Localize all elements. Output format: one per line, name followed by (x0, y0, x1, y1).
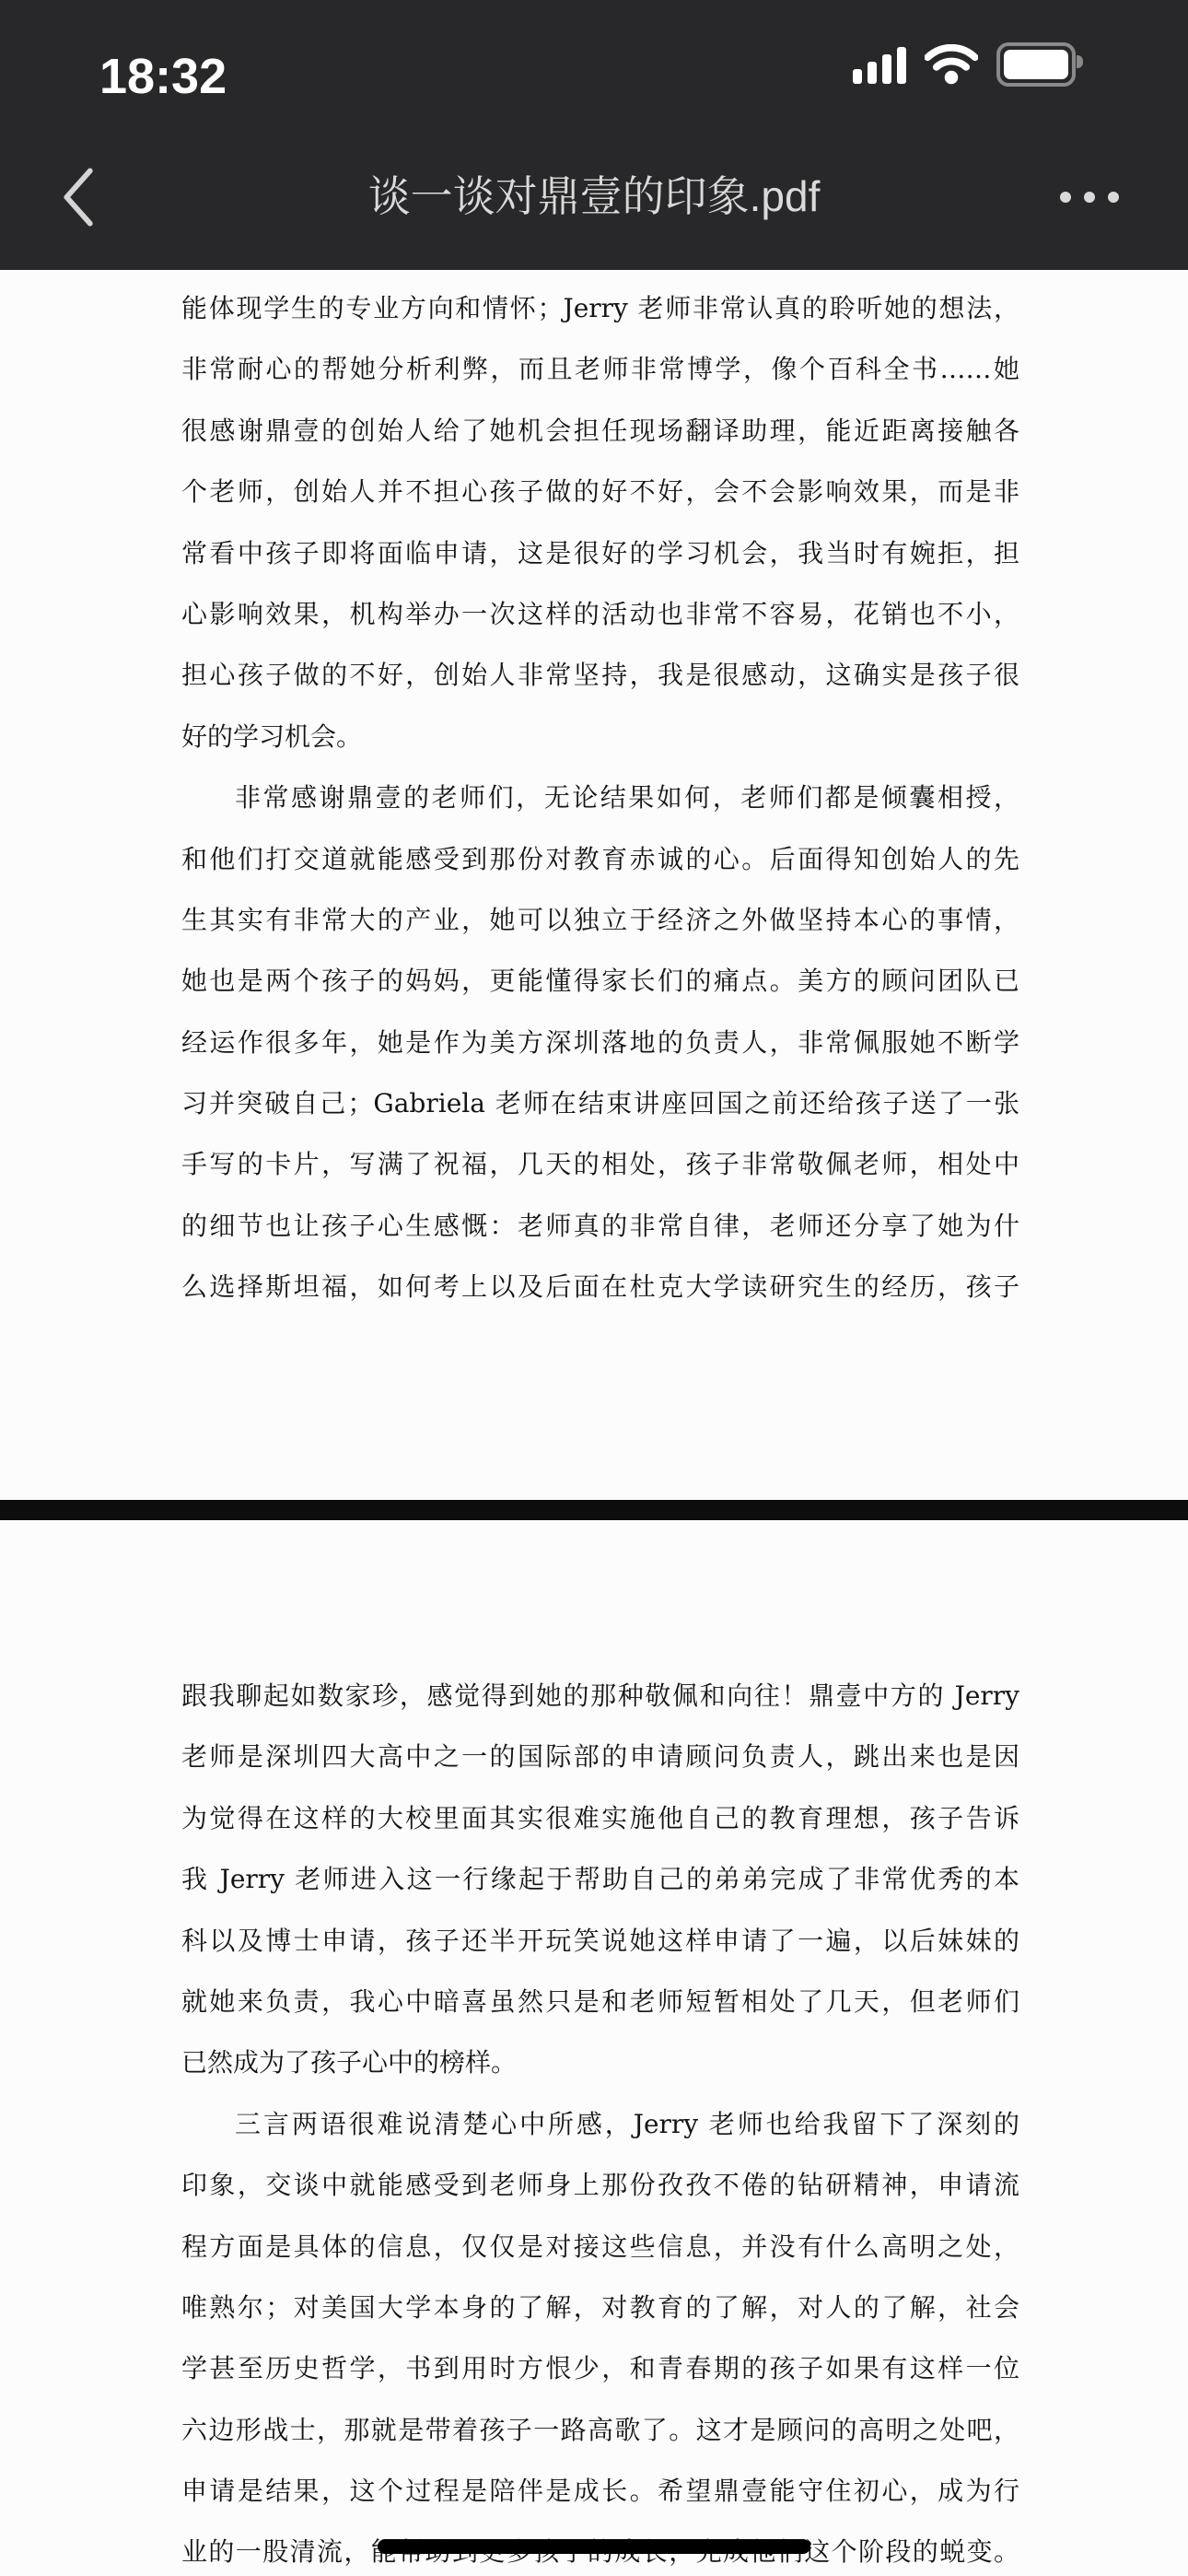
text-line: 跟我聊起如数家珍，感觉得到她的那种敬佩和向往！鼎壹中方的 Jerry (181, 1666, 1019, 1727)
text-line: 么选择斯坦福，如何考上以及后面在杜克大学读研究生的经历，孩子 (181, 1257, 1019, 1317)
status-icons (853, 0, 1076, 129)
pdf-scroll-area[interactable]: 能体现学生的专业方向和情怀；Jerry 老师非常认真的聆听她的想法，非常耐心的帮… (0, 270, 1188, 2576)
phone-screen: 18:32 (0, 0, 1188, 2576)
text-line: 学甚至历史哲学，书到用时方恨少，和青春期的孩子如果有这样一位 (181, 2338, 1019, 2399)
text-line: 就她来负责，我心中暗喜虽然只是和老师短暂相处了几天，但老师们 (181, 1972, 1019, 2032)
text-line: 为觉得在这样的大校里面其实很难实施他自己的教育理想，孩子告诉 (181, 1788, 1019, 1849)
text-line: 老师是深圳四大高中之一的国际部的申请顾问负责人，跳出来也是因 (181, 1727, 1019, 1787)
status-time: 18:32 (99, 48, 227, 105)
text-line: 个老师，创始人并不担心孩子做的好不好，会不会影响效果，而是非 (181, 462, 1019, 522)
more-button[interactable] (1039, 151, 1140, 243)
text-line: 六边形战士，那就是带着孩子一路高歌了。这才是顾问的高明之处吧， (181, 2400, 1019, 2461)
text-line: 能体现学生的专业方向和情怀；Jerry 老师非常认真的聆听她的想法， (181, 278, 1019, 339)
home-indicator[interactable] (378, 2539, 810, 2554)
text-line: 她也是两个孩子的妈妈，更能懂得家长们的痛点。美方的顾问团队已 (181, 951, 1019, 1012)
person-icon (285, 57, 326, 105)
text-line: 很感谢鼎壹的创始人给了她机会担任现场翻译助理，能近距离接触各 (181, 401, 1019, 462)
text-line: 习并突破自己；Gabriela 老师在结束讲座回国之前还给孩子送了一张 (181, 1073, 1019, 1134)
text-line: 心影响效果，机构举办一次这样的活动也非常不容易，花销也不小， (181, 584, 1019, 645)
text-line: 已然成为了孩子心中的榜样。 (181, 2032, 1019, 2093)
document-title: 谈一谈对鼎壹的印象.pdf (147, 129, 1041, 258)
battery-icon (996, 42, 1076, 87)
chevron-left-icon (61, 167, 94, 228)
text-line: 非常感谢鼎壹的老师们，无论结果如何，老师们都是倾囊相授， (181, 767, 1019, 828)
back-button[interactable] (41, 151, 114, 243)
text-line: 和他们打交道就能感受到那份对教育赤诚的心。后面得知创始人的先 (181, 829, 1019, 890)
text-line: 我 Jerry 老师进入这一行缘起于帮助自己的弟弟完成了非常优秀的本 (181, 1849, 1019, 1910)
pdf-page-1: 能体现学生的专业方向和情怀；Jerry 老师非常认真的聆听她的想法，非常耐心的帮… (0, 270, 1188, 1500)
text-line: 生其实有非常大的产业，她可以独立于经济之外做坚持本心的事情， (181, 890, 1019, 951)
text-line: 程方面是具体的信息，仅仅是对接这些信息，并没有什么高明之处， (181, 2217, 1019, 2277)
status-bar: 18:32 (0, 0, 1188, 129)
ellipsis-icon (1060, 192, 1119, 203)
text-line: 申请是结果，这个过程是陪伴是成长。希望鼎壹能守住初心，成为行 (181, 2461, 1019, 2522)
page-gap (0, 1500, 1188, 1520)
text-line: 唯熟尔；对美国大学本身的了解，对教育的了解，对人的了解，社会 (181, 2277, 1019, 2338)
pdf-page-2: 跟我聊起如数家珍，感觉得到她的那种敬佩和向往！鼎壹中方的 Jerry老师是深圳四… (0, 1520, 1188, 2576)
text-line: 手写的卡片，写满了祝福，几天的相处，孩子非常敬佩老师，相处中 (181, 1134, 1019, 1195)
cellular-signal-icon (853, 41, 906, 88)
text-line: 科以及博士申请，孩子还半开玩笑说她这样申请了一遍，以后妹妹的 (181, 1911, 1019, 1972)
text-line: 三言两语很难说清楚心中所感，Jerry 老师也给我留下了深刻的 (181, 2094, 1019, 2155)
nav-bar: 谈一谈对鼎壹的印象.pdf (0, 129, 1188, 270)
text-line: 担心孩子做的不好，创始人非常坚持，我是很感动，这确实是孩子很 (181, 645, 1019, 706)
text-line: 非常耐心的帮她分析利弊，而且老师非常博学，像个百科全书……她 (181, 339, 1019, 400)
text-line: 好的学习机会。 (181, 707, 1019, 767)
text-line: 常看中孩子即将面临申请，这是很好的学习机会，我当时有婉拒，担 (181, 523, 1019, 584)
top-chrome: 18:32 (0, 0, 1188, 270)
wifi-icon (925, 44, 978, 85)
text-line: 的细节也让孩子心生感慨：老师真的非常自律，老师还分享了她为什 (181, 1196, 1019, 1257)
text-line: 经运作很多年，她是作为美方深圳落地的负责人，非常佩服她不断学 (181, 1013, 1019, 1073)
text-line: 印象，交谈中就能感受到老师身上那份孜孜不倦的钻研精神，申请流 (181, 2155, 1019, 2216)
